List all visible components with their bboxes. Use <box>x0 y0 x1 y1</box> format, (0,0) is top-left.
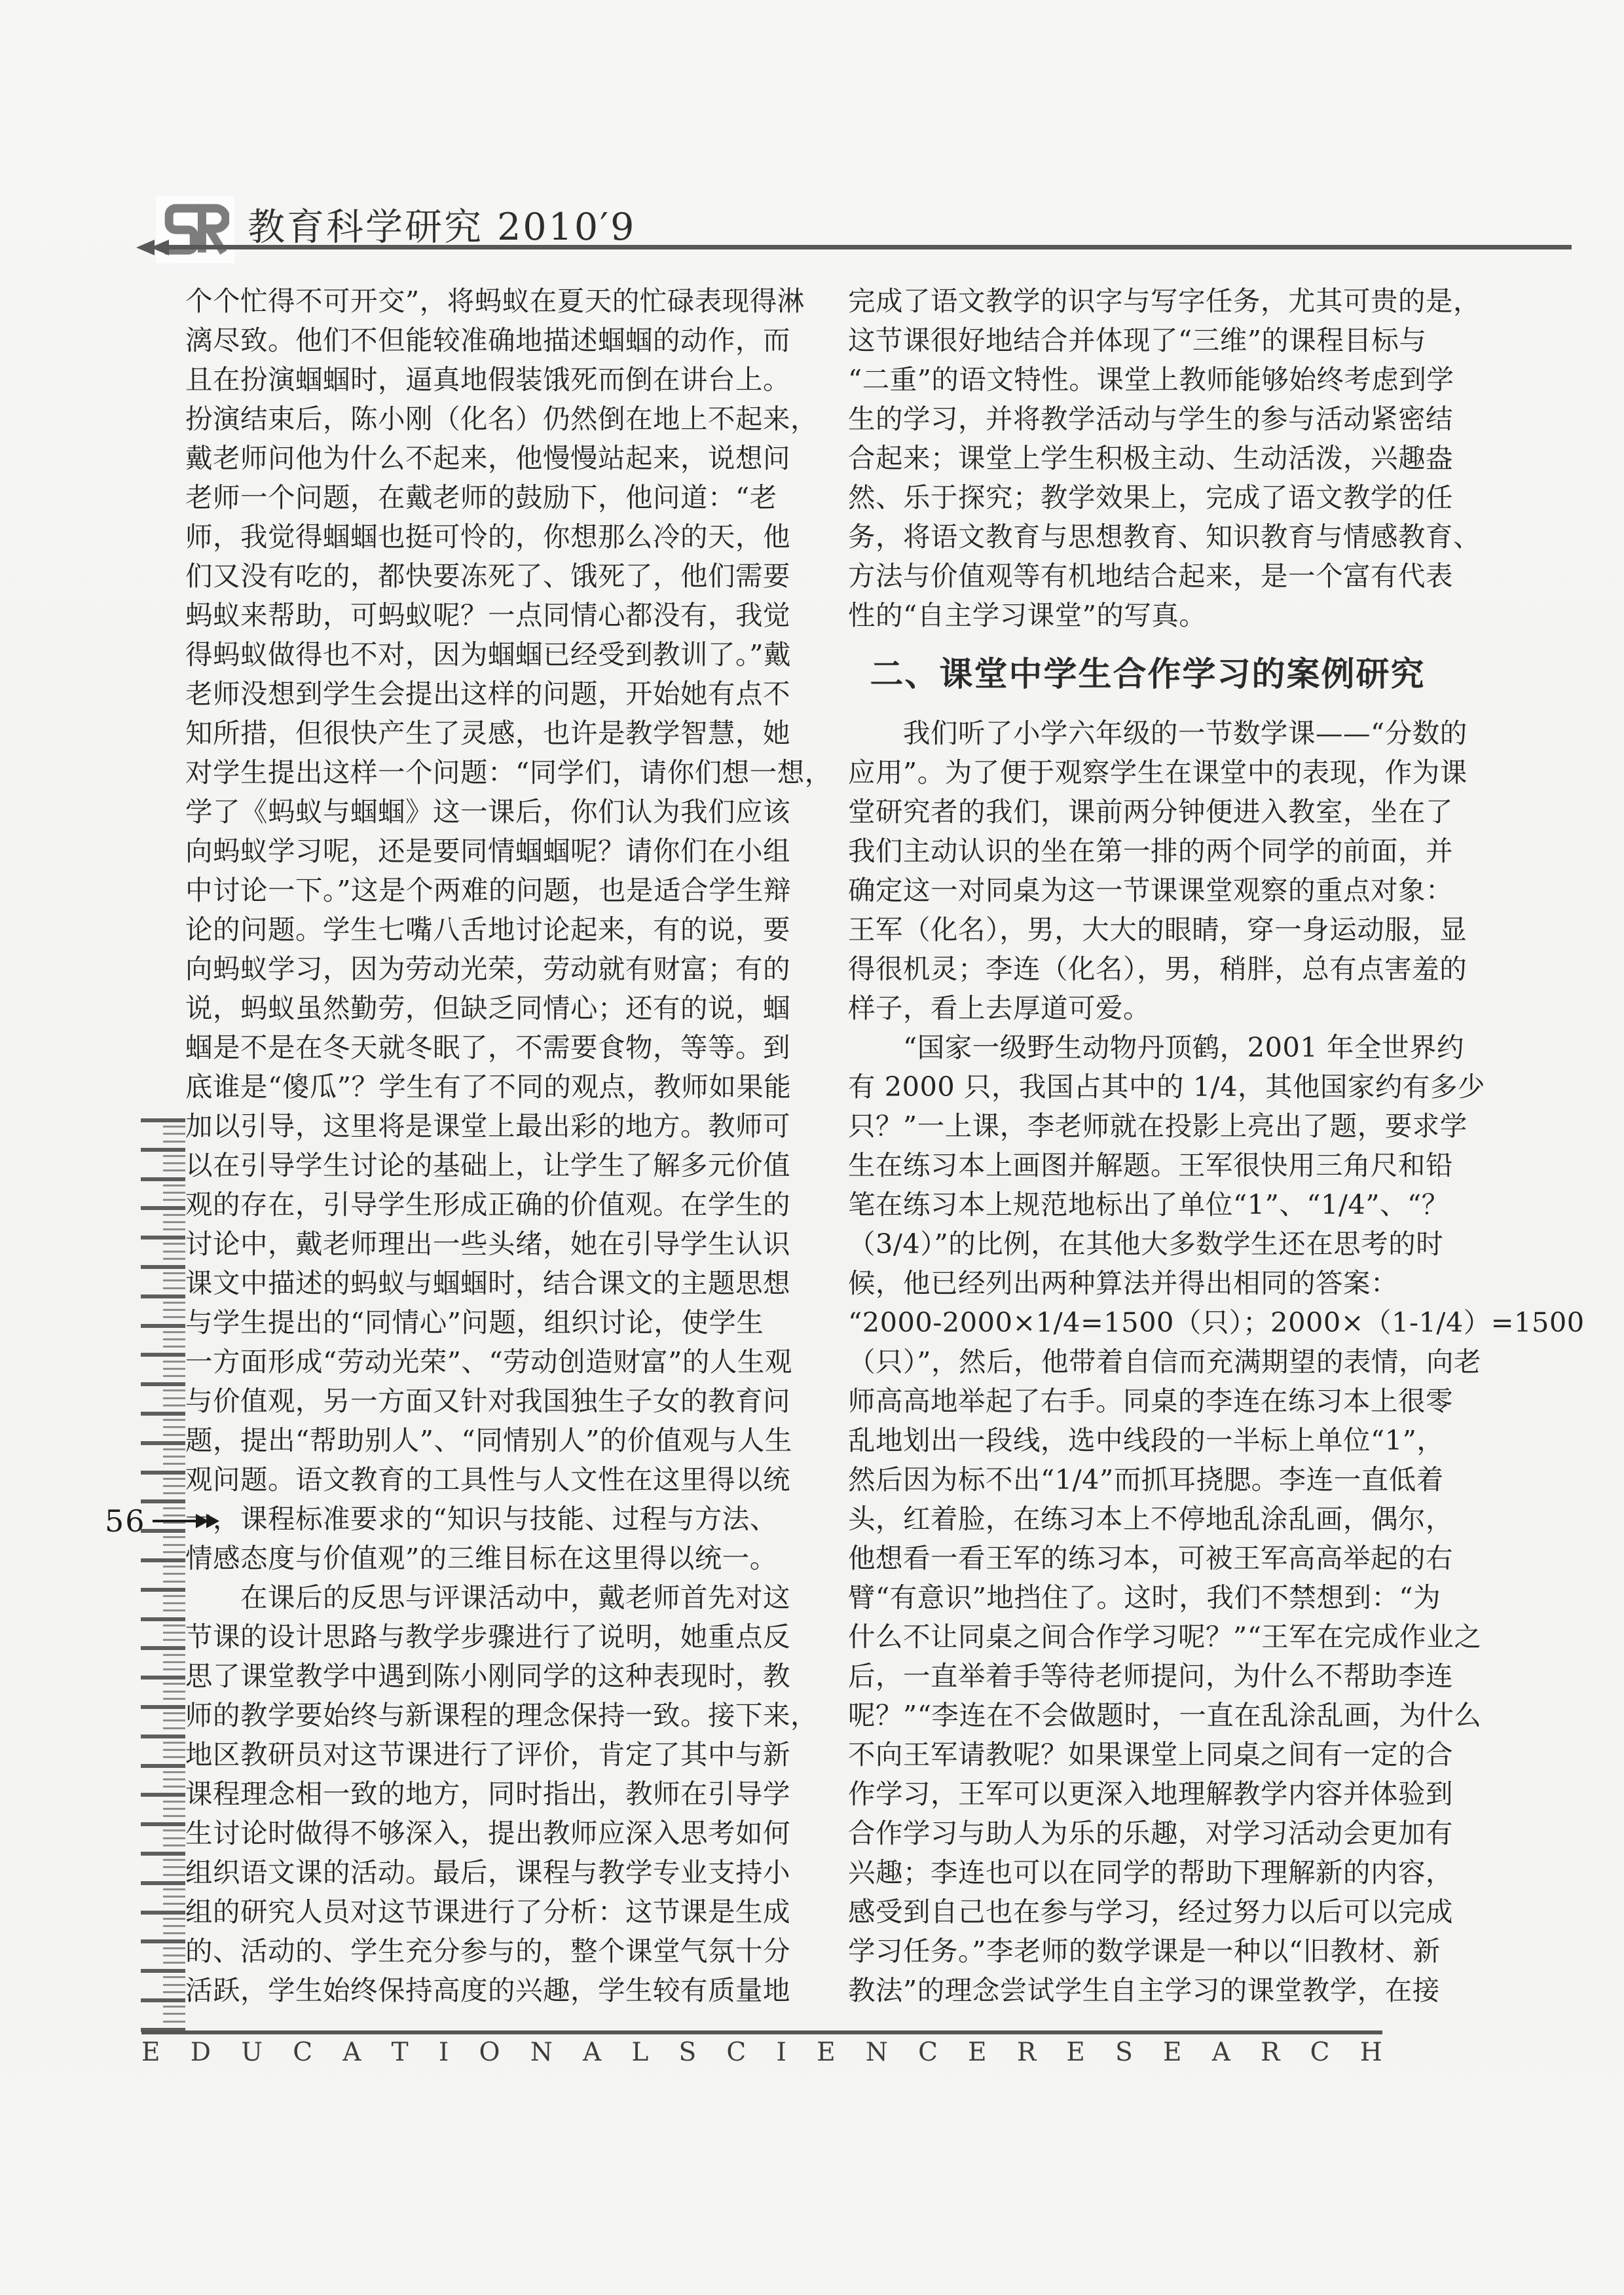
ruler-minor-tick <box>163 1859 185 1861</box>
footer-letter: A <box>1212 2038 1230 2067</box>
ruler-minor-tick <box>163 1155 185 1157</box>
ruler-minor-tick <box>163 1918 185 1920</box>
ruler-minor-tick <box>163 1581 185 1583</box>
ruler-major-tick <box>141 1764 185 1768</box>
footer-letter: R <box>1017 2038 1036 2067</box>
ruler-minor-tick <box>163 1551 185 1553</box>
text-line: 有 2000 只，我国占其中的 1/4，其他国家约有多少 <box>848 1067 1447 1107</box>
ruler-major-tick <box>141 1324 185 1328</box>
ruler-minor-tick <box>163 1837 185 1839</box>
text-line: 笔在练习本上规范地标出了单位“1”、“1/4”、“？ <box>848 1185 1447 1224</box>
text-line: 乱地划出一段线，选中线段的一半标上单位“1”， <box>848 1421 1447 1460</box>
ruler-minor-tick <box>163 1698 185 1700</box>
ruler-minor-tick <box>163 1243 185 1245</box>
ruler-minor-tick <box>163 1492 185 1494</box>
text-line: 说，蚂蚁虽然勤劳，但缺乏同情心；还有的说，蝈 <box>185 989 778 1028</box>
text-line: 知所措，但很快产生了灵感，也许是教学智慧，她 <box>185 714 778 753</box>
ruler-major-tick <box>141 1353 185 1357</box>
ruler-major-tick <box>141 1382 185 1386</box>
ruler-minor-tick <box>163 1991 185 1993</box>
text-line: 讨论中，戴老师理出一些头绪，她在引导学生认识 <box>185 1224 778 1264</box>
ruler-minor-tick <box>163 1169 185 1171</box>
text-line: 生的学习，并将教学活动与学生的参与活动紧密结 <box>848 399 1447 439</box>
right-column-paragraph-2: 我们听了小学六年级的一节数学课——“分数的应用”。为了便于观察学生在课堂中的表现… <box>848 714 1447 2010</box>
ruler-minor-tick <box>163 1712 185 1714</box>
ruler-minor-tick <box>163 1316 185 1318</box>
footer-letter: T <box>392 2038 409 2067</box>
ruler-major-tick <box>141 1881 185 1885</box>
text-line: 地区教研员对这节课进行了评价，肯定了其中与新 <box>185 1735 778 1774</box>
text-line: 论的问题。学生七嘴八舌地讨论起来，有的说，要 <box>185 910 778 949</box>
text-line: 候，他已经列出两种算法并得出相同的答案： <box>848 1264 1447 1303</box>
text-line: 在课后的反思与评课活动中，戴老师首先对这 <box>185 1578 778 1617</box>
ruler-minor-tick <box>163 1192 185 1194</box>
ruler-minor-tick <box>163 1419 185 1421</box>
text-line: 题，提出“帮助别人”、“同情别人”的价值观与人生 <box>185 1421 778 1460</box>
text-line: “2000-2000×1/4=1500（只）；2000×（1-1/4）=1500 <box>848 1303 1447 1342</box>
footer-letter: O <box>479 2038 500 2067</box>
ruler-major-tick <box>141 1294 185 1298</box>
ruler-minor-tick <box>163 1426 185 1428</box>
text-line: 且在扮演蝈蝈时，逼真地假装饿死而倒在讲台上。 <box>185 360 778 399</box>
ruler-minor-tick <box>163 1625 185 1626</box>
ruler-minor-tick <box>163 1691 185 1693</box>
footer-rule <box>141 2030 1382 2034</box>
ruler-minor-tick <box>163 1925 185 1927</box>
ruler-minor-tick <box>163 1719 185 1721</box>
footer-letter: S <box>679 2038 697 2067</box>
footer-letter: C <box>1310 2038 1330 2067</box>
ruler-major-tick <box>141 1911 185 1915</box>
text-line: 蝈是不是在冬天就冬眠了，不需要食物，等等。到 <box>185 1028 778 1067</box>
ruler-minor-tick <box>163 1609 185 1611</box>
text-line: 师高高地举起了右手。同桌的李连在练习本上很零 <box>848 1382 1447 1421</box>
text-line: 生讨论时做得不够深入，提出教师应深入思考如何 <box>185 1814 778 1853</box>
ruler-minor-tick <box>163 1903 185 1905</box>
text-line: 感受到自己也在参与学习，经过努力以后可以完成 <box>848 1892 1447 1932</box>
ruler-minor-tick <box>163 1133 185 1135</box>
left-arrowhead-icon <box>151 240 169 255</box>
text-line: 我们主动认识的坐在第一排的两个同学的前面，并 <box>848 832 1447 871</box>
ruler-minor-tick <box>163 1361 185 1363</box>
ruler-minor-tick <box>163 1742 185 1744</box>
ruler-minor-tick <box>163 1932 185 1934</box>
ruler-minor-tick <box>163 1573 185 1575</box>
ruler-minor-tick <box>163 1976 185 1978</box>
text-line: 蚂蚁来帮助，可蚂蚁呢？一点同情心都没有，我觉 <box>185 596 778 635</box>
ruler-minor-tick <box>163 1566 185 1568</box>
footer-letter: I <box>439 2038 449 2067</box>
ruler-minor-tick <box>163 1389 185 1391</box>
text-line: 组织语文课的活动。最后，课程与教学专业支持小 <box>185 1853 778 1892</box>
text-line: 一方面形成“劳动光荣”、“劳动创造财富”的人生观 <box>185 1342 778 1382</box>
text-line: 完成了语文教学的识字与写字任务，尤其可贵的是， <box>848 282 1447 321</box>
text-line: 情感态度与价值观”的三维目标在这里得以统一。 <box>185 1539 778 1578</box>
ruler-minor-tick <box>163 1258 185 1260</box>
journal-page: 教育科学研究 2010′9 56 个个忙得不可开交”，将蚂蚁在夏天的忙碌表现得淋… <box>0 0 1624 2295</box>
text-line: 什么不让同桌之间合作学习呢？”“王军在完成作业之 <box>848 1617 1447 1657</box>
ruler-minor-tick <box>163 1654 185 1656</box>
ruler-minor-tick <box>163 1485 185 1487</box>
text-line: 后，一直举着手等待老师提问，为什么不帮助李连 <box>848 1657 1447 1696</box>
text-line: “国家一级野生动物丹顶鹤，2001 年全世界约 <box>848 1028 1447 1067</box>
text-line: 堂研究者的我们，课前两分钟便进入教室，坐在了 <box>848 792 1447 832</box>
ruler-minor-tick <box>163 1184 185 1186</box>
text-line: 兴趣；李连也可以在同学的帮助下理解新的内容， <box>848 1853 1447 1892</box>
ruler-major-tick <box>141 1177 185 1181</box>
ruler-minor-tick <box>163 1661 185 1663</box>
footer-letter: I <box>776 2038 786 2067</box>
ruler-major-tick <box>141 1558 185 1562</box>
ruler-minor-tick <box>163 1544 185 1546</box>
text-line: 样子，看上去厚道可爱。 <box>848 989 1447 1028</box>
ruler-minor-tick <box>163 1749 185 1751</box>
text-line: 他想看一看王军的练习本，可被王军高高举起的右 <box>848 1539 1447 1578</box>
ruler-minor-tick <box>163 1955 185 1956</box>
ruler-minor-tick <box>163 1888 185 1890</box>
text-line: 王军（化名），男，大大的眼睛，穿一身运动服，显 <box>848 910 1447 949</box>
ruler-major-tick <box>141 1265 185 1269</box>
ruler-major-tick <box>141 1969 185 1973</box>
ruler-minor-tick <box>163 1221 185 1223</box>
text-line: 一，课程标准要求的“知识与技能、过程与方法、 <box>185 1499 778 1539</box>
right-column: 完成了语文教学的识字与写字任务，尤其可贵的是，这节课很好地结合并体现了“三维”的… <box>848 282 1447 2010</box>
section-heading: 二、课堂中学生合作学习的案例研究 <box>848 635 1447 714</box>
footer-letter: E <box>1066 2038 1084 2067</box>
ruler-minor-tick <box>163 1683 185 1685</box>
ruler-major-tick <box>141 1735 185 1738</box>
text-line: 组的研究人员对这节课进行了分析：这节课是生成 <box>185 1892 778 1932</box>
ruler-minor-tick <box>163 1984 185 1986</box>
left-column: 个个忙得不可开交”，将蚂蚁在夏天的忙碌表现得淋漓尽致。他们不但能较准确地描述蝈蝈… <box>185 282 778 2010</box>
footer-letter: C <box>726 2038 746 2067</box>
ruler-minor-tick <box>163 1786 185 1788</box>
text-line: 师，我觉得蝈蝈也挺可怜的，你想那么冷的天，他 <box>185 517 778 557</box>
text-line: 只？”一上课，李老师就在投影上亮出了题，要求学 <box>848 1107 1447 1146</box>
footer-letter: E <box>968 2038 986 2067</box>
ruler-major-tick <box>141 1939 185 1943</box>
footer-letter: A <box>342 2038 361 2067</box>
text-line: 生在练习本上画图并解题。王军很快用三角尺和铅 <box>848 1146 1447 1185</box>
footer-letter: C <box>918 2038 938 2067</box>
ruler-minor-tick <box>163 1756 185 1758</box>
ruler-minor-tick <box>163 1199 185 1201</box>
ruler-minor-tick <box>163 1896 185 1898</box>
text-line: （只）”，然后，他带着自信而充满期望的表情，向老 <box>848 1342 1447 1382</box>
text-line: “二重”的语文特性。课堂上教师能够始终考虑到学 <box>848 360 1447 399</box>
ruler-major-tick <box>141 1822 185 1826</box>
ruler-minor-tick <box>163 1962 185 1964</box>
text-line: 老师没想到学生会提出这样的问题，开始她有点不 <box>185 674 778 714</box>
footer-letter: R <box>1261 2038 1280 2067</box>
footer-letter: E <box>817 2038 835 2067</box>
text-line: 对学生提出这样一个问题：“同学们，请你们想一想， <box>185 753 778 792</box>
text-line: 合作学习与助人为乐的乐趣，对学习活动会更加有 <box>848 1814 1447 1853</box>
ruler-minor-tick <box>163 2013 185 2015</box>
footer-letter: N <box>866 2038 888 2067</box>
ruler-minor-tick <box>163 1874 185 1876</box>
ruler-minor-tick <box>163 1302 185 1304</box>
ruler-minor-tick <box>163 1368 185 1370</box>
footer-journal-name: EDUCATIONALSCIENCERESEARCH <box>141 2038 1382 2067</box>
ruler-major-tick <box>141 1148 185 1152</box>
text-line: 师的教学要始终与新课程的理念保持一致。接下来， <box>185 1696 778 1735</box>
text-line: （3/4）”的比例，在其他大多数学生还在思考的时 <box>848 1224 1447 1264</box>
text-line: 漓尽致。他们不但能较准确地描述蝈蝈的动作，而 <box>185 321 778 360</box>
journal-title: 教育科学研究 2010′9 <box>248 206 636 249</box>
text-line: 节课的设计思路与教学步骤进行了说明，她重点反 <box>185 1617 778 1657</box>
ruler-minor-tick <box>163 1338 185 1340</box>
ruler-minor-tick <box>163 1346 185 1348</box>
ruler-minor-tick <box>163 1126 185 1128</box>
ruler-minor-tick <box>163 1845 185 1846</box>
ruler-minor-tick <box>163 1456 185 1458</box>
footer-letter: U <box>241 2038 263 2067</box>
ruler-minor-tick <box>163 1808 185 1810</box>
ruler-minor-tick <box>163 1829 185 1831</box>
footer-letter: N <box>530 2038 553 2067</box>
ruler-minor-tick <box>163 1478 185 1480</box>
ruler-minor-tick <box>163 2006 185 2008</box>
text-line: 们又没有吃的，都快要冻死了、饿死了，他们需要 <box>185 557 778 596</box>
text-line: 个个忙得不可开交”，将蚂蚁在夏天的忙碌表现得淋 <box>185 282 778 321</box>
ruler-major-tick <box>141 1852 185 1856</box>
text-line: 性的“自主学习课堂”的写真。 <box>848 596 1447 635</box>
text-line: 得很机灵；李连（化名），男，稍胖，总有点害羞的 <box>848 949 1447 989</box>
text-line: 头，红着脸，在练习本上不停地乱涂乱画，偶尔， <box>848 1499 1447 1539</box>
text-line: 得蚂蚁做得也不对，因为蝈蝈已经受到教训了。”戴 <box>185 635 778 674</box>
ruler-major-tick <box>141 1471 185 1475</box>
ruler-major-tick <box>141 1206 185 1210</box>
ruler-minor-tick <box>163 1727 185 1729</box>
text-line: 课程理念相一致的地方，同时指出，教师在引导学 <box>185 1774 778 1814</box>
ruler-minor-tick <box>163 1309 185 1311</box>
text-line: 扮演结束后，陈小刚（化名）仍然倒在地上不起来， <box>185 399 778 439</box>
text-line: 加以引导，这里将是课堂上最出彩的地方。教师可 <box>185 1107 778 1146</box>
ruler-minor-tick <box>163 1375 185 1377</box>
ruler-major-tick <box>141 1793 185 1797</box>
text-line: 臂“有意识”地挡住了。这时，我们不禁想到：“为 <box>848 1578 1447 1617</box>
text-line: 学了《蚂蚁与蝈蝈》这一课后，你们认为我们应该 <box>185 792 778 832</box>
ruler-minor-tick <box>163 1801 185 1803</box>
text-line: 与价值观，另一方面又针对我国独生子女的教育问 <box>185 1382 778 1421</box>
text-line: 合起来；课堂上学生积极主动、生动活泼，兴趣盎 <box>848 439 1447 478</box>
ruler-minor-tick <box>163 1463 185 1465</box>
ruler-minor-tick <box>163 1272 185 1274</box>
text-line: 不向王军请教呢？如果课堂上同桌之间有一定的合 <box>848 1735 1447 1774</box>
ruler-major-tick <box>141 1441 185 1445</box>
text-line: 我们听了小学六年级的一节数学课——“分数的 <box>848 714 1447 753</box>
text-line: 务，将语文教育与思想教育、知识教育与情感教育、 <box>848 517 1447 557</box>
text-line: 应用”。为了便于观察学生在课堂中的表现，作为课 <box>848 753 1447 792</box>
ruler-major-tick <box>141 1705 185 1709</box>
text-line: 活跃，学生始终保持高度的兴趣，学生较有质量地 <box>185 1971 778 2010</box>
ruler-minor-tick <box>163 1287 185 1289</box>
header-rule <box>157 245 1572 249</box>
ruler-minor-tick <box>163 2021 185 2023</box>
ruler-minor-tick <box>163 1405 185 1406</box>
text-line: 课文中描述的蚂蚁与蝈蝈时，结合课文的主题思想 <box>185 1264 778 1303</box>
text-line: 这节课很好地结合并体现了“三维”的课程目标与 <box>848 321 1447 360</box>
footer-letter: A <box>583 2038 601 2067</box>
ruler-minor-tick <box>163 1815 185 1817</box>
ruler-minor-tick <box>163 1397 185 1399</box>
text-line: 作学习，王军可以更深入地理解教学内容并体验到 <box>848 1774 1447 1814</box>
text-line: 中讨论一下。”这是个两难的问题，也是适合学生辩 <box>185 871 778 910</box>
ruler-minor-tick <box>163 1434 185 1436</box>
footer-letter: L <box>631 2038 648 2067</box>
ruler-major-tick <box>141 1118 185 1122</box>
ruler-major-tick <box>141 1998 185 2002</box>
ruler-minor-tick <box>163 1866 185 1868</box>
footer-letter: H <box>1360 2038 1382 2067</box>
ruler-minor-tick <box>163 1947 185 1949</box>
footer-letter: E <box>141 2038 160 2067</box>
text-line: 方法与价值观等有机地结合起来，是一个富有代表 <box>848 557 1447 596</box>
text-line: 观问题。语文教育的工具性与人文性在这里得以统 <box>185 1460 778 1499</box>
ruler-major-tick <box>141 1617 185 1621</box>
text-line: 教法”的理念尝试学生自主学习的课堂教学，在接 <box>848 1971 1447 2010</box>
footer-letter: S <box>1115 2038 1133 2067</box>
text-line: 学习任务。”李老师的数学课是一种以“旧教材、新 <box>848 1932 1447 1971</box>
ruler-minor-tick <box>163 1214 185 1216</box>
text-line: 向蚂蚁学习呢，还是要同情蝈蝈呢？请你们在小组 <box>185 832 778 871</box>
ruler-minor-tick <box>163 1228 185 1230</box>
ruler-minor-tick <box>163 1602 185 1604</box>
ruler-minor-tick <box>163 1771 185 1773</box>
text-line: 确定这一对同桌为这一节课课堂观察的重点对象： <box>848 871 1447 910</box>
right-column-paragraph-1: 完成了语文教学的识字与写字任务，尤其可贵的是，这节课很好地结合并体现了“三维”的… <box>848 282 1447 635</box>
ruler-major-tick <box>141 1588 185 1592</box>
ruler-major-tick <box>141 1236 185 1239</box>
ruler-minor-tick <box>163 1448 185 1450</box>
ruler-minor-tick <box>163 1778 185 1780</box>
text-line: 以在引导学生讨论的基础上，让学生了解多元价值 <box>185 1146 778 1185</box>
text-line: 戴老师问他为什么不起来，他慢慢站起来，说想问 <box>185 439 778 478</box>
text-line: 呢？”“李连在不会做题时，一直在乱涂乱画，为什么 <box>848 1696 1447 1735</box>
margin-ruler <box>141 1118 185 2030</box>
ruler-minor-tick <box>163 1331 185 1333</box>
ruler-minor-tick <box>163 1632 185 1634</box>
ruler-minor-tick <box>163 1141 185 1143</box>
page-number: 56 <box>105 1503 146 1539</box>
text-line: 观的存在，引导学生形成正确的价值观。在学生的 <box>185 1185 778 1224</box>
ruler-minor-tick <box>163 1251 185 1253</box>
footer-letter: D <box>191 2038 211 2067</box>
ruler-minor-tick <box>163 1639 185 1641</box>
text-line: 思了课堂教学中遇到陈小刚同学的这种表现时，教 <box>185 1657 778 1696</box>
text-line: 与学生提出的“同情心”问题，组织讨论，使学生 <box>185 1303 778 1342</box>
ruler-major-tick <box>141 1646 185 1650</box>
ruler-minor-tick <box>163 1162 185 1164</box>
ruler-minor-tick <box>163 1279 185 1281</box>
text-line: 底谁是“傻瓜”？学生有了不同的观点，教师如果能 <box>185 1067 778 1107</box>
footer-letter: E <box>1163 2038 1181 2067</box>
text-line: 然后因为标不出“1/4”而抓耳挠腮。李连一直低着 <box>848 1460 1447 1499</box>
text-line: 的、活动的、学生充分参与的，整个课堂气氛十分 <box>185 1932 778 1971</box>
ruler-minor-tick <box>163 1668 185 1670</box>
ruler-major-tick <box>141 1412 185 1416</box>
ruler-major-tick <box>141 1676 185 1680</box>
text-line: 向蚂蚁学习，因为劳动光荣，劳动就有财富；有的 <box>185 949 778 989</box>
ruler-minor-tick <box>163 1595 185 1597</box>
text-line: 老师一个问题，在戴老师的鼓励下，他问道：“老 <box>185 478 778 517</box>
text-line: 然、乐于探究；教学效果上，完成了语文教学的任 <box>848 478 1447 517</box>
footer-letter: C <box>293 2038 312 2067</box>
